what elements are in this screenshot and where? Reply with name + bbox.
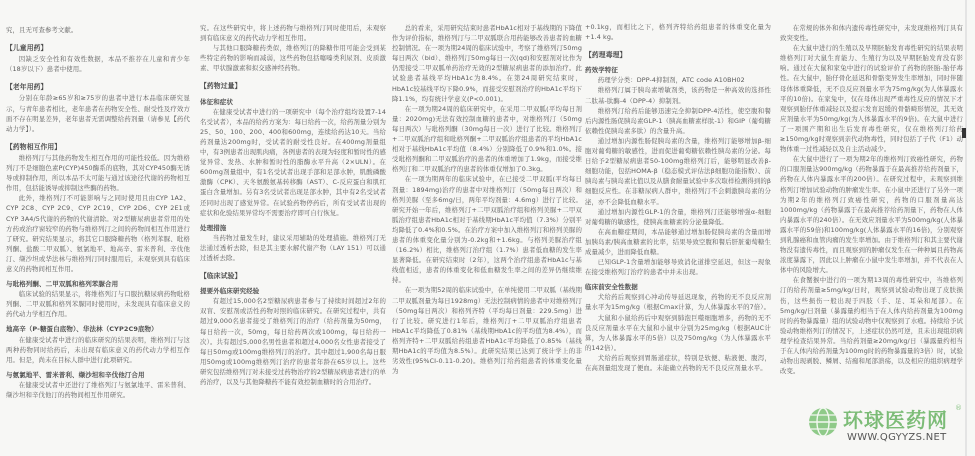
globe-logo-icon (807, 406, 839, 438)
paragraph: 维格列汀属于胰岛素增敏剂类，该药物是一种高效的选择性二肽基-肽酶-4（DPP-4… (585, 85, 771, 105)
section-heading: 【临床试验】 (200, 271, 386, 281)
section-heading: 【药理毒理】 (585, 50, 771, 60)
column-4: +0.1kg，而相比之下，格列齐特给药组患者的体重变化量为+1.4 kg。【药理… (585, 22, 771, 373)
section-heading: 【药物相互作用】 (6, 142, 190, 152)
watermark-brand: 环球医药网 (843, 404, 948, 433)
paragraph: 此外，维格列汀不可能影响与之同时使用且由CYP 1A2、CYP 2C8、CYP … (6, 193, 190, 274)
subsection-heading: 地高辛（P-糖蛋白底物）、华法林（CYP2C9底物） (6, 324, 190, 334)
subsection-heading: 处理措施 (200, 223, 386, 233)
paragraph: 在大鼠中进行的生殖以及早期胚胎发育毒性研究的结果表明维格列汀对大鼠生育能力、生殖… (780, 43, 963, 154)
paragraph: 在一项为期52周的临床试验中，在单纯使用二甲双胍（基线期二甲双胍剂量为每日192… (392, 285, 582, 376)
paragraph: 大鼠和小鼠给药后中观察到肺泡巨噬细胞增多，药物的无不良反应剂量水平在大鼠和小鼠中… (585, 313, 771, 353)
paragraph: 通过增加内源性GLP-1的含量，维格列汀还能够增强α-细胞对葡萄糖的敏感性，使胰… (585, 207, 771, 227)
paragraph: 在健康受试者中还进行了维格列汀与氨氯地平、雷米普利、缬沙坦和辛伐他汀的药物间相互… (6, 380, 190, 400)
column-1: 究，且无可查参考文献。【儿童用药】因缺乏安全性和有效性数据，本品不推荐在儿童和青… (6, 25, 190, 400)
paragraph: 分别在年龄≥65岁和≥75岁的患者中进行本品临床研究显示，与青年患者相比，老年患… (6, 93, 190, 133)
paragraph: 总的看来，采用研究结束时患者HbA1c相对于基线期的下降值作为评价指标，维格列汀… (392, 23, 582, 104)
paragraph: 究。在这些研究中，将上述药物与维格列汀同时使用后，未观察到有临床意义的药代动力学… (200, 23, 386, 43)
paragraph: 犬给药后观察到胃肠道症状，特别是软便、粘液便、腹泻，在高剂量组发现了便血。未能确… (585, 353, 771, 373)
paragraph: 犬给药后观察到心冲动传导延迟现象，药物的无不良反应剂量水平为15mg/kg（根据… (585, 292, 771, 312)
column-2: 究。在这些研究中，将上述药物与维格列汀同时使用后，未观察到有临床意义的药代动力学… (200, 23, 386, 387)
section-heading: 【老年用药】 (6, 82, 190, 92)
column-5: 在常规的体外和体内遗传毒性研究中，未发现维格列汀具有致突变性。在大鼠中进行的生殖… (780, 23, 963, 376)
paragraph: 在食蟹猴中进行的一项为期13周的毒性研究中，当维格列汀的给药剂量≥5mg/kg/… (780, 275, 963, 376)
subsection-heading: 临床前安全性数据 (585, 282, 771, 292)
paragraph: 因缺乏安全性和有效性数据，本品不推荐在儿童和青少年（18岁以下）患者中使用。 (6, 54, 190, 74)
scanned-document-page: 究，且无可查参考文献。【儿童用药】因缺乏安全性和有效性数据，本品不推荐在儿童和青… (0, 0, 975, 456)
page-edge-shadow (965, 0, 967, 456)
paragraph: 通过增加内源性肠促胰岛素的含量，维格列汀能够增加β-细胞对葡萄糖的敏感性，进而促… (585, 136, 771, 207)
paragraph: 在常规的体外和体内遗传毒性研究中，未发现维格列汀具有致突变性。 (780, 23, 963, 43)
paragraph: +0.1kg，而相比之下，格列齐特给药组患者的体重变化量为+1.4 kg。 (585, 22, 771, 42)
paragraph: 在健康受试者中进行的临床研究的结果表明，维格列汀与这两种药物同时给药后，未出现有… (6, 335, 190, 365)
section-heading: 【儿童用药】 (6, 43, 190, 53)
section-heading: 【药物过量】 (200, 81, 386, 91)
paragraph: 在一项为期两年的临床试验中，在已接受二甲双胍(平均每日剂量：1894mg)治疗的… (392, 174, 582, 285)
paragraph: 临床试验的结果显示，将维格列汀与口服抗糖尿病药物吡格列酮、二甲双胍和格列苯脲同时… (6, 289, 190, 319)
paragraph: 在大鼠中进行了一项为期2年的维格列汀致癌性研究，药物的口服剂量达900mg/kg… (780, 154, 963, 275)
paragraph: 药理学分类：DPP-4抑制剂，ATC code A10BH02 (585, 75, 771, 85)
subsection-heading: 与吡格列酮、二甲双胍和格列苯脲合用 (6, 279, 190, 289)
paragraph: 维格列汀与其他药物发生相互作用的可能性较低。因为维格列汀不是细胞色素P(CYP)… (6, 153, 190, 193)
watermark-url: WWW.QGYYZS.NET (847, 432, 947, 443)
paragraph: 在一项为期24周的临床研究中，在采用二甲双胍(平均每日剂量：2020mg)无法有… (392, 104, 582, 175)
paragraph: 已知GLP-1含量增加能够导致消化道排空延迟，但这一现象在接受维格列汀治疗的患者… (585, 257, 771, 277)
paragraph: 究，且无可查参考文献。 (6, 25, 190, 35)
paragraph: 维格列汀给药后能够迅速完全抑制DPP-4活性，使空腹和餐后内源性肠促胰岛素GLP… (585, 106, 771, 136)
watermark: 环球医药网 ® WWW.QGYYZS.NET (807, 404, 967, 448)
subsection-heading: 体征和症状 (200, 97, 386, 107)
column-3: 总的看来，采用研究结束时患者HbA1c相对于基线期的下降值作为评价指标，维格列汀… (392, 23, 582, 376)
subsection-heading: 药效学特征 (585, 65, 771, 75)
paragraph: 在高血糖症期间，本品能够通过增加肠促胰岛素的含量而增加胰岛素/胰高血糖素的比率，… (585, 227, 771, 257)
subsection-heading: 提要外临床研究经验 (200, 286, 386, 296)
registered-mark: ® (955, 404, 962, 412)
paragraph: 有超过15,000名2型糖尿病患者参与了持续时间超过2年的双盲、安慰剂或活性药物… (200, 296, 386, 387)
subsection-heading: 与氨氯地平、雷米普利、缬沙坦和辛伐他汀合用 (6, 370, 190, 380)
paragraph: 与其他口服降糖药类似，维格列汀的降糖作用可能会受到某些特定药物的影响而减弱，这些… (200, 43, 386, 73)
paragraph: 在健康受试者中进行的一项研究中（每个治疗组均设置7-14名受试者），本品的给药方… (200, 107, 386, 218)
paragraph: 当药物过量发生时，建议采用辅助的处理措施。维格列汀无法通过透析去除，但是其主要水… (200, 233, 386, 263)
scan-mark (962, 128, 966, 138)
